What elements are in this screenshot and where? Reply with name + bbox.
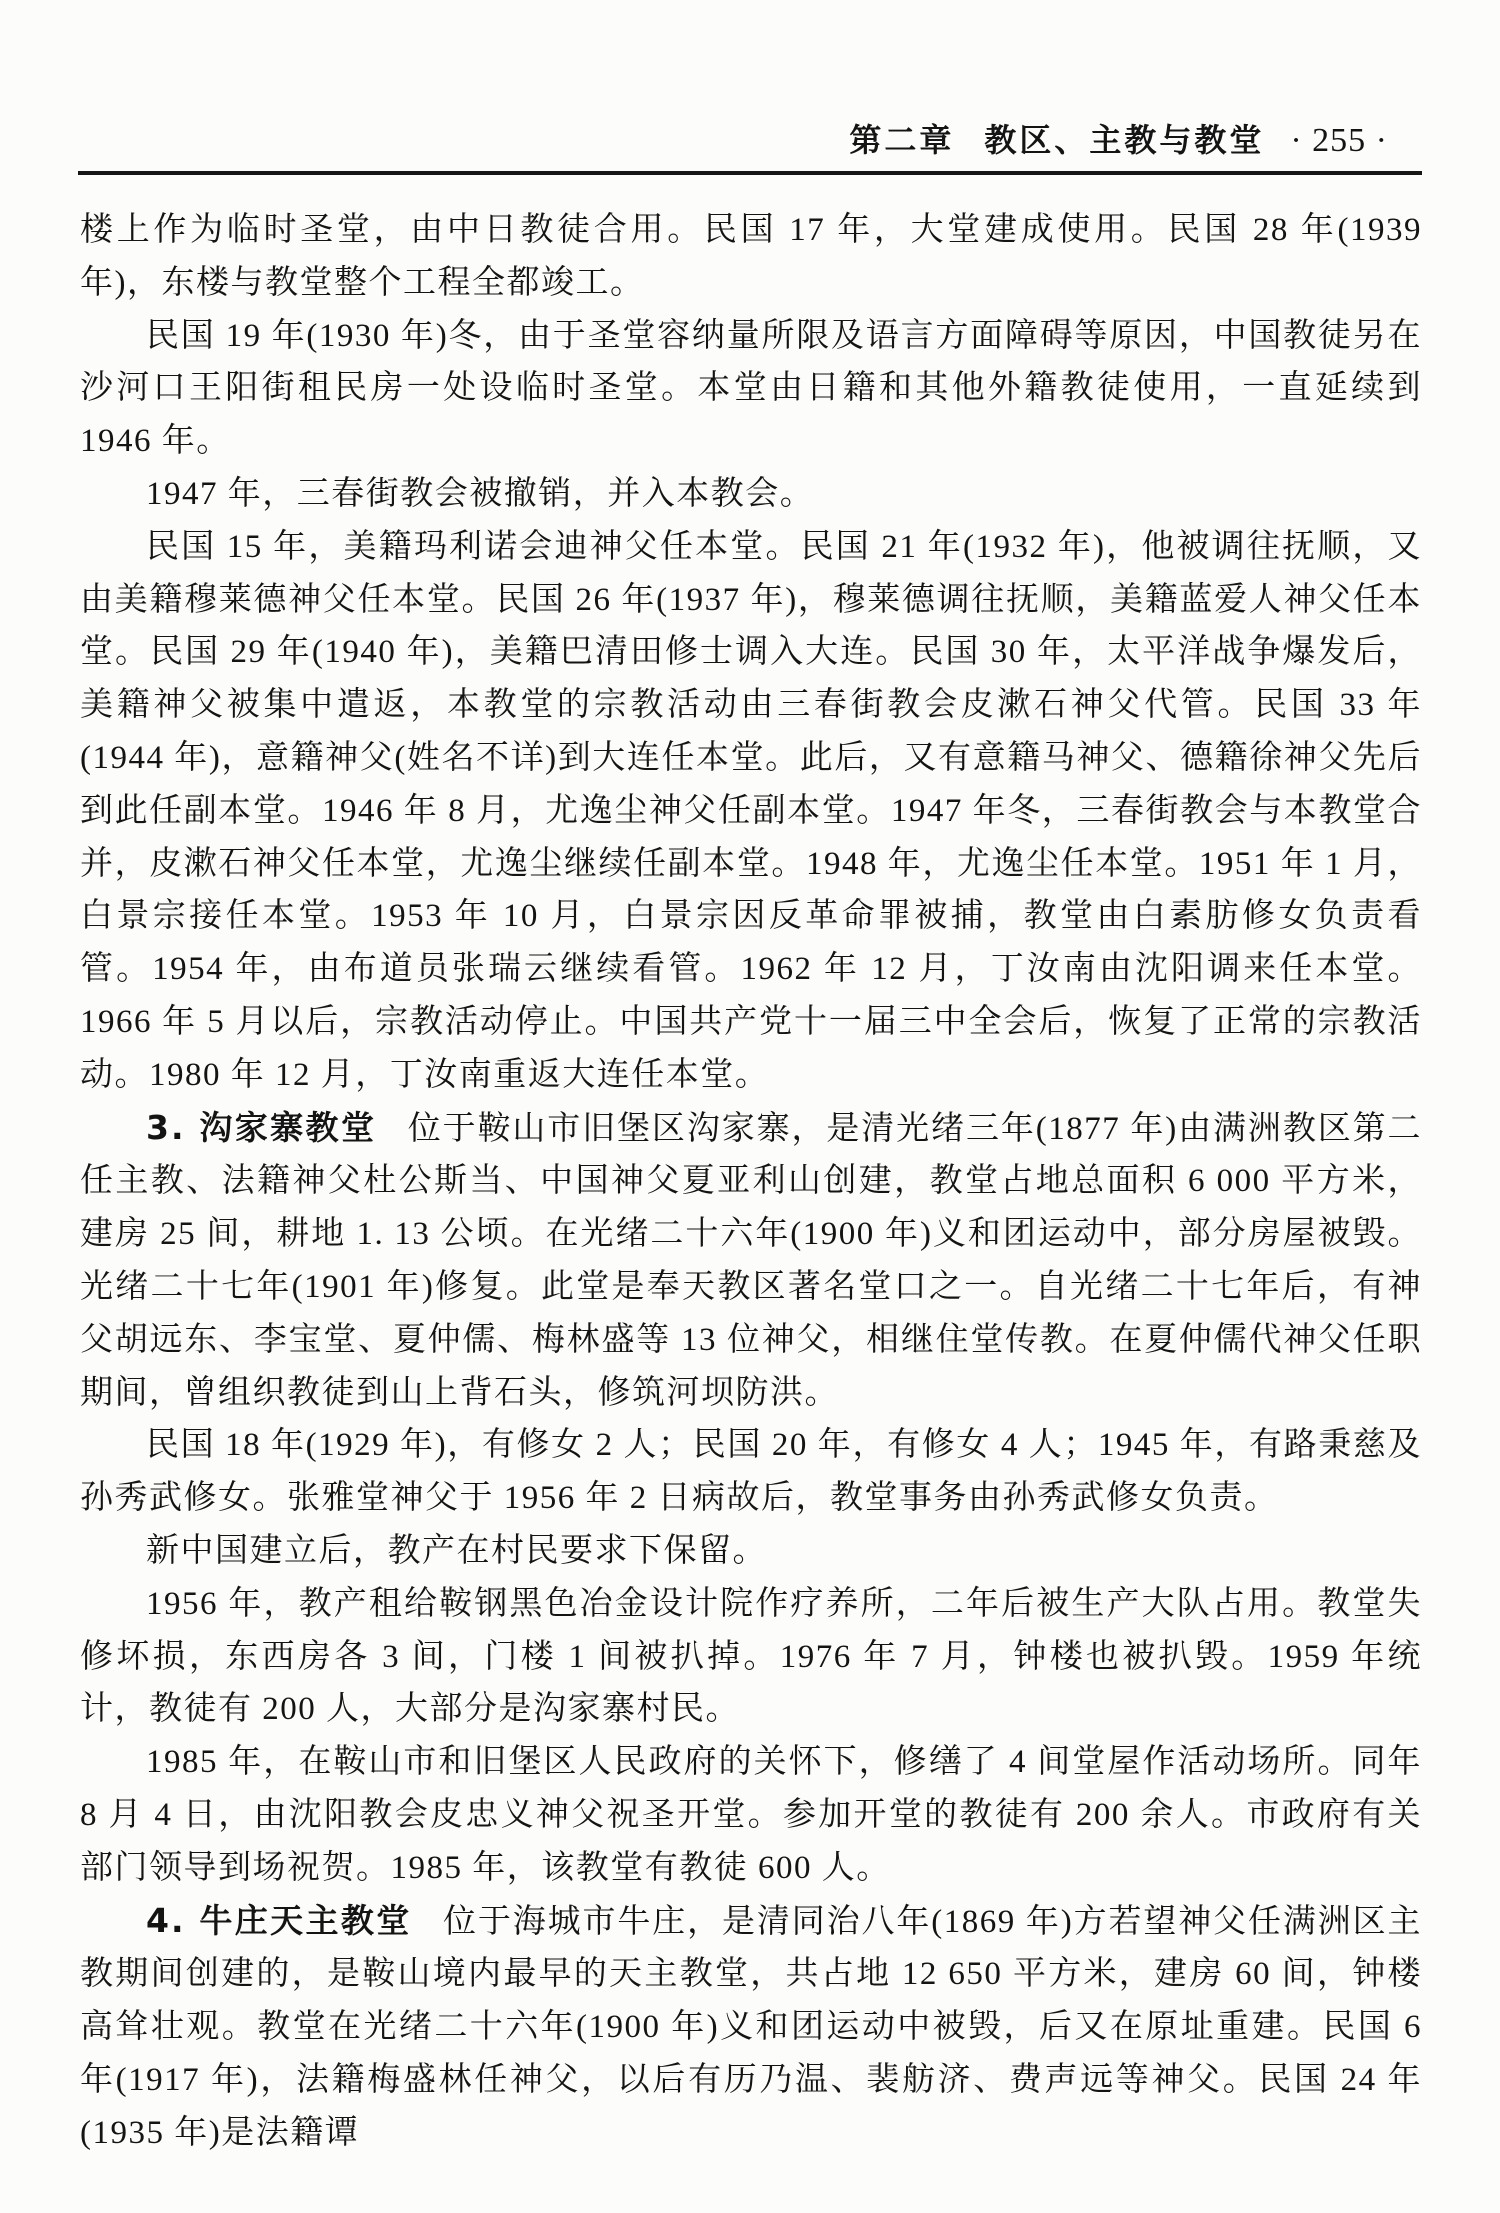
running-header: 第二章教区、主教与教堂· 255 · xyxy=(849,122,1388,159)
book-page: 第二章教区、主教与教堂· 255 · 楼上作为临时圣堂，由中日教徒合用。民国 1… xyxy=(0,0,1500,2213)
paragraph-text: 1985 年，在鞍山市和旧堡区人民政府的关怀下，修缮了 4 间堂屋作活动场所。同… xyxy=(80,1744,1422,1886)
document-body: 楼上作为临时圣堂，由中日教徒合用。民国 17 年，大堂建成使用。民国 28 年(… xyxy=(80,204,1422,2159)
chapter-title: 教区、主教与教堂 xyxy=(984,121,1264,159)
paragraph: 1956 年，教产租给鞍钢黑色冶金设计院作疗养所，二年后被生产大队占用。教堂失修… xyxy=(80,1578,1422,1736)
paragraph-text: 民国 18 年(1929 年)，有修女 2 人；民国 20 年，有修女 4 人；… xyxy=(80,1427,1422,1516)
paragraph-text: 新中国建立后，教产在村民要求下保留。 xyxy=(146,1533,767,1569)
chapter-label: 第二章 xyxy=(849,121,954,159)
paragraph-section-niuzhuang: 4. 牛庄天主教堂位于海城市牛庄，是清同治八年(1869 年)方若望神父任满洲区… xyxy=(80,1895,1422,2160)
page-number: · 255 · xyxy=(1290,122,1388,159)
paragraph-text: 位于鞍山市旧堡区沟家寨，是清光绪三年(1877 年)由满洲教区第二任主教、法籍神… xyxy=(80,1111,1422,1411)
paragraph-text: 楼上作为临时圣堂，由中日教徒合用。民国 17 年，大堂建成使用。民国 28 年(… xyxy=(80,212,1422,301)
paragraph: 民国 19 年(1930 年)冬，由于圣堂容纳量所限及语言方面障碍等原因，中国教… xyxy=(80,310,1422,468)
paragraph: 1985 年，在鞍山市和旧堡区人民政府的关怀下，修缮了 4 间堂屋作活动场所。同… xyxy=(80,1736,1422,1894)
paragraph-text: 1947 年，三春街教会被撤销，并入本教会。 xyxy=(146,476,814,512)
paragraph: 1947 年，三春街教会被撤销，并入本教会。 xyxy=(80,468,1422,521)
paragraph-text: 民国 15 年，美籍玛利诺会迪神父任本堂。民国 21 年(1932 年)，他被调… xyxy=(80,529,1422,1093)
paragraph-text: 1956 年，教产租给鞍钢黑色冶金设计院作疗养所，二年后被生产大队占用。教堂失修… xyxy=(80,1586,1422,1728)
paragraph-continuation: 楼上作为临时圣堂，由中日教徒合用。民国 17 年，大堂建成使用。民国 28 年(… xyxy=(80,204,1422,310)
section-heading-niuzhuang: 4. 牛庄天主教堂 xyxy=(146,1901,412,1940)
paragraph-text: 民国 19 年(1930 年)冬，由于圣堂容纳量所限及语言方面障碍等原因，中国教… xyxy=(80,318,1422,460)
header-rule-divider xyxy=(78,171,1422,175)
paragraph: 新中国建立后，教产在村民要求下保留。 xyxy=(80,1525,1422,1578)
section-heading-goujiazhai: 3. 沟家寨教堂 xyxy=(146,1108,376,1147)
paragraph-section-goujiazhai: 3. 沟家寨教堂位于鞍山市旧堡区沟家寨，是清光绪三年(1877 年)由满洲教区第… xyxy=(80,1102,1422,1420)
paragraph-text: 位于海城市牛庄，是清同治八年(1869 年)方若望神父任满洲区主教期间创建的，是… xyxy=(80,1904,1422,2151)
paragraph: 民国 18 年(1929 年)，有修女 2 人；民国 20 年，有修女 4 人；… xyxy=(80,1419,1422,1525)
paragraph: 民国 15 年，美籍玛利诺会迪神父任本堂。民国 21 年(1932 年)，他被调… xyxy=(80,521,1422,1102)
